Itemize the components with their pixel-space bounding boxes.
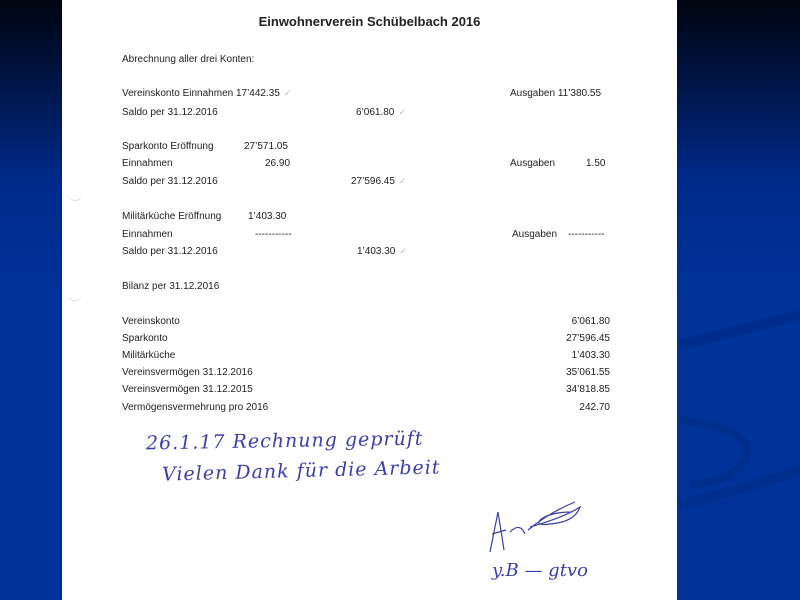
bilanz-row-label: Vermögensvermehrung pro 2016 — [122, 402, 268, 413]
bilanz-heading: Bilanz per 31.12.2016 — [122, 281, 219, 292]
militaerkueche-eroeffnung-label: Militärküche Eröffnung — [122, 211, 221, 222]
militaerkueche-saldo-value: 1’403.30✓ — [357, 246, 407, 257]
bilanz-row-value: 27’596.45 — [566, 333, 610, 344]
militaerkueche-einnahmen-value: ----------- — [255, 229, 292, 240]
bilanz-row-label: Vereinskonto — [122, 316, 180, 327]
sparkonto-einnahmen-label: Einnahmen — [122, 158, 173, 169]
militaerkueche-einnahmen-label: Einnahmen — [122, 229, 173, 240]
bilanz-row-label: Sparkonto — [122, 333, 168, 344]
bilanz-row-value: 6’061.80 — [572, 316, 610, 327]
bilanz-row-value: 34’818.85 — [566, 384, 610, 395]
handwritten-note-line1: 26.1.17 Rechnung geprüft — [146, 428, 424, 455]
punch-hole-mark — [68, 190, 82, 201]
check-mark-icon: ✓ — [284, 88, 292, 98]
militaerkueche-ausgaben-label: Ausgaben — [512, 229, 557, 240]
check-mark-icon: ✓ — [399, 176, 407, 186]
scanned-document-page: Einwohnerverein Schübelbach 2016 Abrechn… — [62, 0, 677, 600]
vereinskonto-saldo-value: 6’061.80✓ — [356, 107, 406, 118]
bilanz-row-label: Militärküche — [122, 350, 175, 361]
check-mark-icon: ✓ — [399, 246, 407, 256]
bilanz-row-label: Vereinsvermögen 31.12.2016 — [122, 367, 253, 378]
militaerkueche-saldo-label: Saldo per 31.12.2016 — [122, 246, 218, 257]
sparkonto-einnahmen-value: 26.90 — [265, 158, 290, 169]
sparkonto-ausgaben-label: Ausgaben — [510, 158, 555, 169]
vereinskonto-einnahmen: Vereinskonto Einnahmen 17’442.35✓ — [122, 88, 291, 99]
bilanz-row-value: 1’403.30 — [572, 350, 610, 361]
sparkonto-eroeffnung-label: Sparkonto Eröffnung — [122, 141, 214, 152]
signature-1 — [480, 492, 590, 557]
check-mark-icon: ✓ — [398, 107, 406, 117]
sparkonto-saldo-value: 27’596.45✓ — [351, 176, 406, 187]
militaerkueche-ausgaben-value: ----------- — [568, 229, 605, 240]
bilanz-row-value: 242.70 — [579, 402, 610, 413]
sparkonto-saldo-label: Saldo per 31.12.2016 — [122, 176, 218, 187]
vereinskonto-saldo-label: Saldo per 31.12.2016 — [122, 107, 218, 118]
handwritten-note-line2: Vielen Dank für die Arbeit — [162, 456, 441, 485]
bilanz-row-label: Vereinsvermögen 31.12.2015 — [122, 384, 253, 395]
signature-2: y.B — gtvo — [492, 560, 588, 581]
bilanz-row-value: 35’061.55 — [566, 367, 610, 378]
document-title: Einwohnerverein Schübelbach 2016 — [62, 14, 677, 29]
punch-hole-mark — [68, 290, 82, 301]
sparkonto-ausgaben-value: 1.50 — [586, 158, 605, 169]
sparkonto-eroeffnung-value: 27’571.05 — [244, 141, 288, 152]
militaerkueche-eroeffnung-value: 1’403.30 — [248, 211, 286, 222]
intro-text: Abrechnung aller drei Konten: — [122, 54, 254, 65]
vereinskonto-ausgaben: Ausgaben 11’380.55 — [510, 88, 601, 99]
